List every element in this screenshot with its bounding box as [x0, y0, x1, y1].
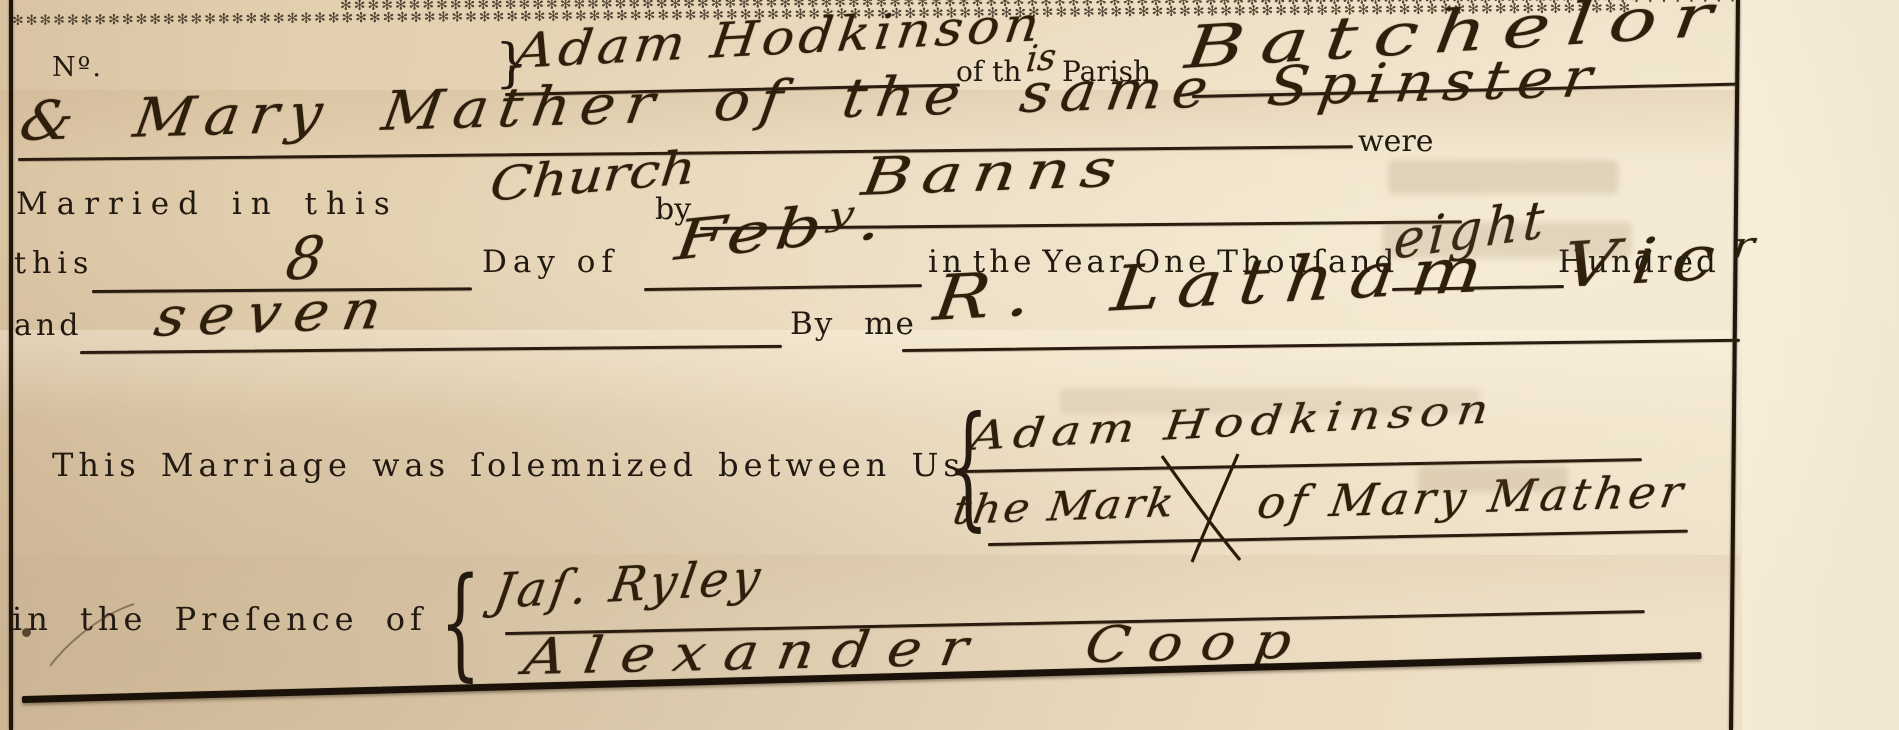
- by-me-printed: By me: [790, 306, 916, 342]
- right-column-border: [1729, 0, 1740, 730]
- solemnized-printed: This Marriage was ſolemnized between Us: [52, 446, 965, 484]
- marriage-register-page: ✻✻✻✻✻✻✻✻✻✻✻✻✻✻✻✻✻✻✻✻✻✻✻✻✻✻✻✻✻✻✻✻✻✻✻✻✻✻✻✻…: [0, 0, 1899, 730]
- right-margin-paper: [1742, 0, 1899, 730]
- banns-handwriting: Banns: [858, 138, 1130, 208]
- married-in-this-printed: Married in this: [16, 186, 399, 222]
- bleed-through-smudge: [1388, 160, 1618, 194]
- ink-dot: [22, 628, 31, 637]
- and-printed: and: [14, 308, 82, 343]
- witness-mark-x-icon: [1142, 452, 1257, 564]
- rule-line: [988, 530, 1688, 546]
- officiant-signature-handwriting: R. Latham Vicʳ: [930, 217, 1778, 335]
- year-units-handwriting: seven: [150, 277, 400, 349]
- day-of-printed: Day of: [482, 244, 619, 280]
- entry-number-label: Nº.: [52, 52, 103, 83]
- stray-pen-stroke: [46, 598, 136, 668]
- bleed-through-smudge: [1418, 466, 1568, 492]
- bleed-through-smudge: [1382, 222, 1632, 258]
- witnesses-brace: {: [440, 563, 481, 685]
- this-printed: this: [14, 246, 94, 281]
- were-printed: were: [1358, 124, 1434, 159]
- witness1-signature-handwriting: Jaſ. Ryley: [490, 549, 768, 620]
- month-handwriting: Febʸ.: [672, 187, 890, 273]
- rule-line: [644, 284, 922, 290]
- rule-line: [902, 339, 1740, 352]
- bleed-through-smudge: [1060, 388, 1480, 414]
